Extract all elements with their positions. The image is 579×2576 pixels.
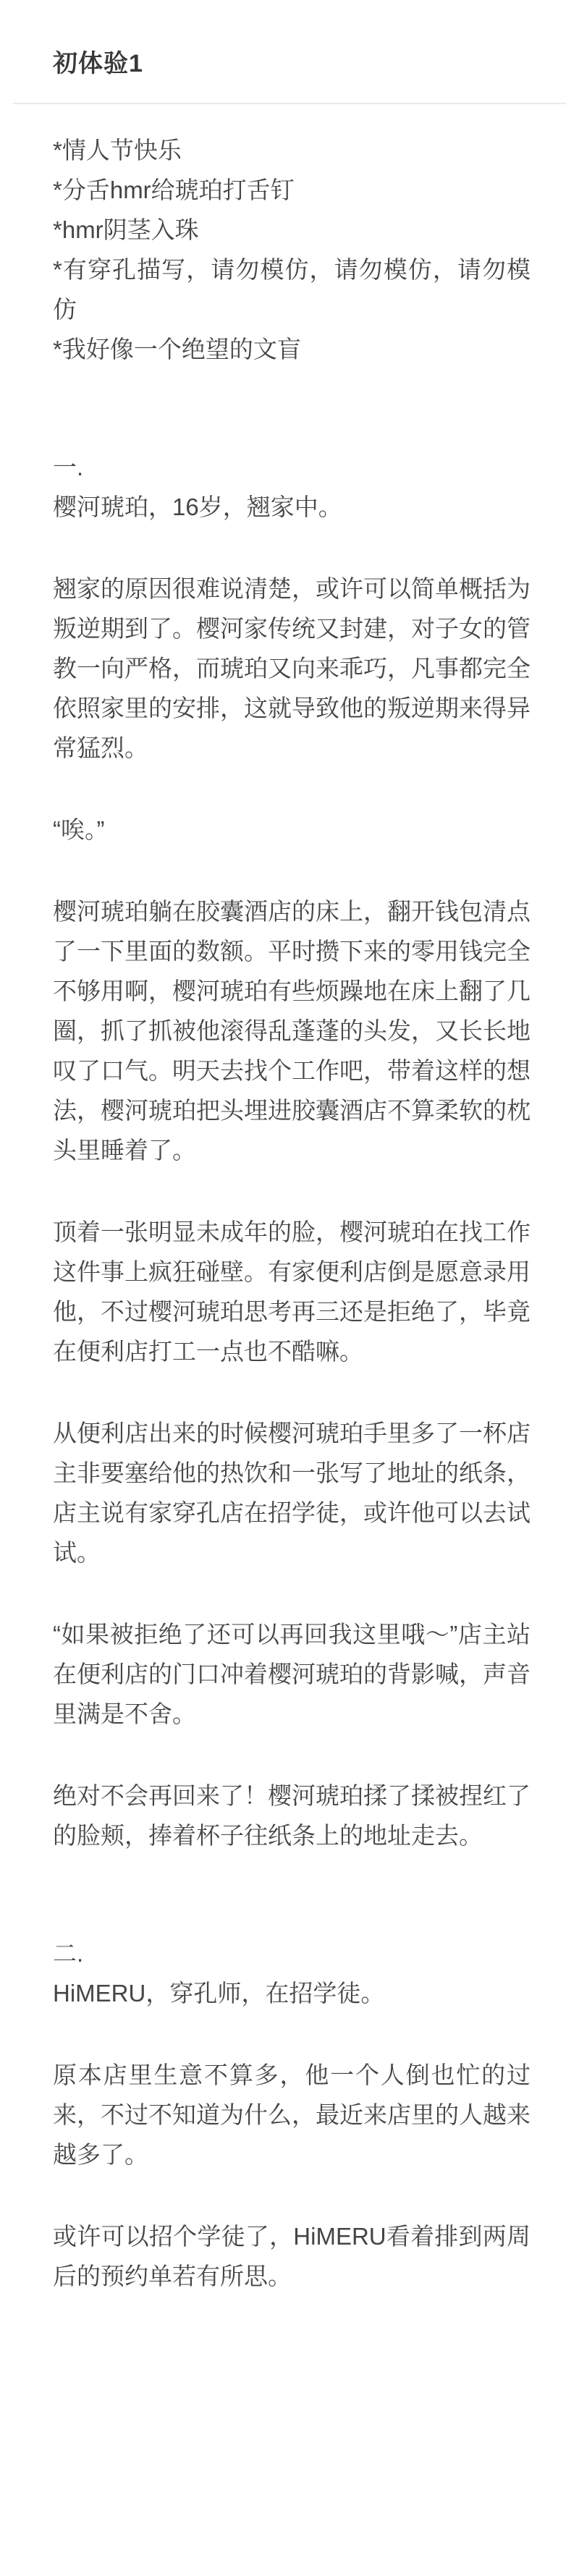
paragraph: 樱河琥珀躺在胶囊酒店的床上，翻开钱包清点了一下里面的数额。平时攒下来的零用钱完全…	[53, 891, 531, 1170]
paragraph: 从便利店出来的时候樱河琥珀手里多了一杯店主非要塞给他的热饮和一张写了地址的纸条，…	[53, 1413, 531, 1572]
chapter-title: 初体验1	[0, 0, 579, 76]
section-one-heading: 一. 樱河琥珀，16岁，翘家中。	[53, 447, 531, 527]
paragraph: 或许可以招个学徒了，HiMERU看着排到两周后的预约单若有所思。	[53, 2216, 531, 2296]
author-notes: *情人节快乐 *分舌hmr给琥珀打舌钉 *hmr阴茎入珠 *有穿孔描写，请勿模仿…	[53, 130, 531, 369]
paragraph: 翘家的原因很难说清楚，或许可以简单概括为叛逆期到了。樱河家传统又封建，对子女的管…	[53, 569, 531, 768]
paragraph: 绝对不会再回来了！樱河琥珀揉了揉被捏红了的脸颊，捧着杯子往纸条上的地址走去。	[53, 1776, 531, 1855]
chapter-content: *情人节快乐 *分舌hmr给琥珀打舌钉 *hmr阴茎入珠 *有穿孔描写，请勿模仿…	[0, 130, 579, 2383]
section-one: 一. 樱河琥珀，16岁，翘家中。 翘家的原因很难说清楚，或许可以简单概括为叛逆期…	[53, 447, 531, 1855]
chapter-page: 初体验1 *情人节快乐 *分舌hmr给琥珀打舌钉 *hmr阴茎入珠 *有穿孔描写…	[0, 0, 579, 2576]
paragraph: “唉。”	[53, 810, 531, 850]
paragraph: 顶着一张明显未成年的脸，樱河琥珀在找工作这件事上疯狂碰壁。有家便利店倒是愿意录用…	[53, 1212, 531, 1371]
paragraph: “如果被拒绝了还可以再回我这里哦～”店主站在便利店的门口冲着樱河琥珀的背影喊，声…	[53, 1614, 531, 1734]
section-two: 二. HiMERU，穿孔师，在招学徒。 原本店里生意不算多，他一个人倒也忙的过来…	[53, 1933, 531, 2296]
paragraph: 原本店里生意不算多，他一个人倒也忙的过来，不过不知道为什么，最近来店里的人越来越…	[53, 2055, 531, 2174]
title-divider	[13, 103, 566, 104]
section-two-heading: 二. HiMERU，穿孔师，在招学徒。	[53, 1933, 531, 2013]
